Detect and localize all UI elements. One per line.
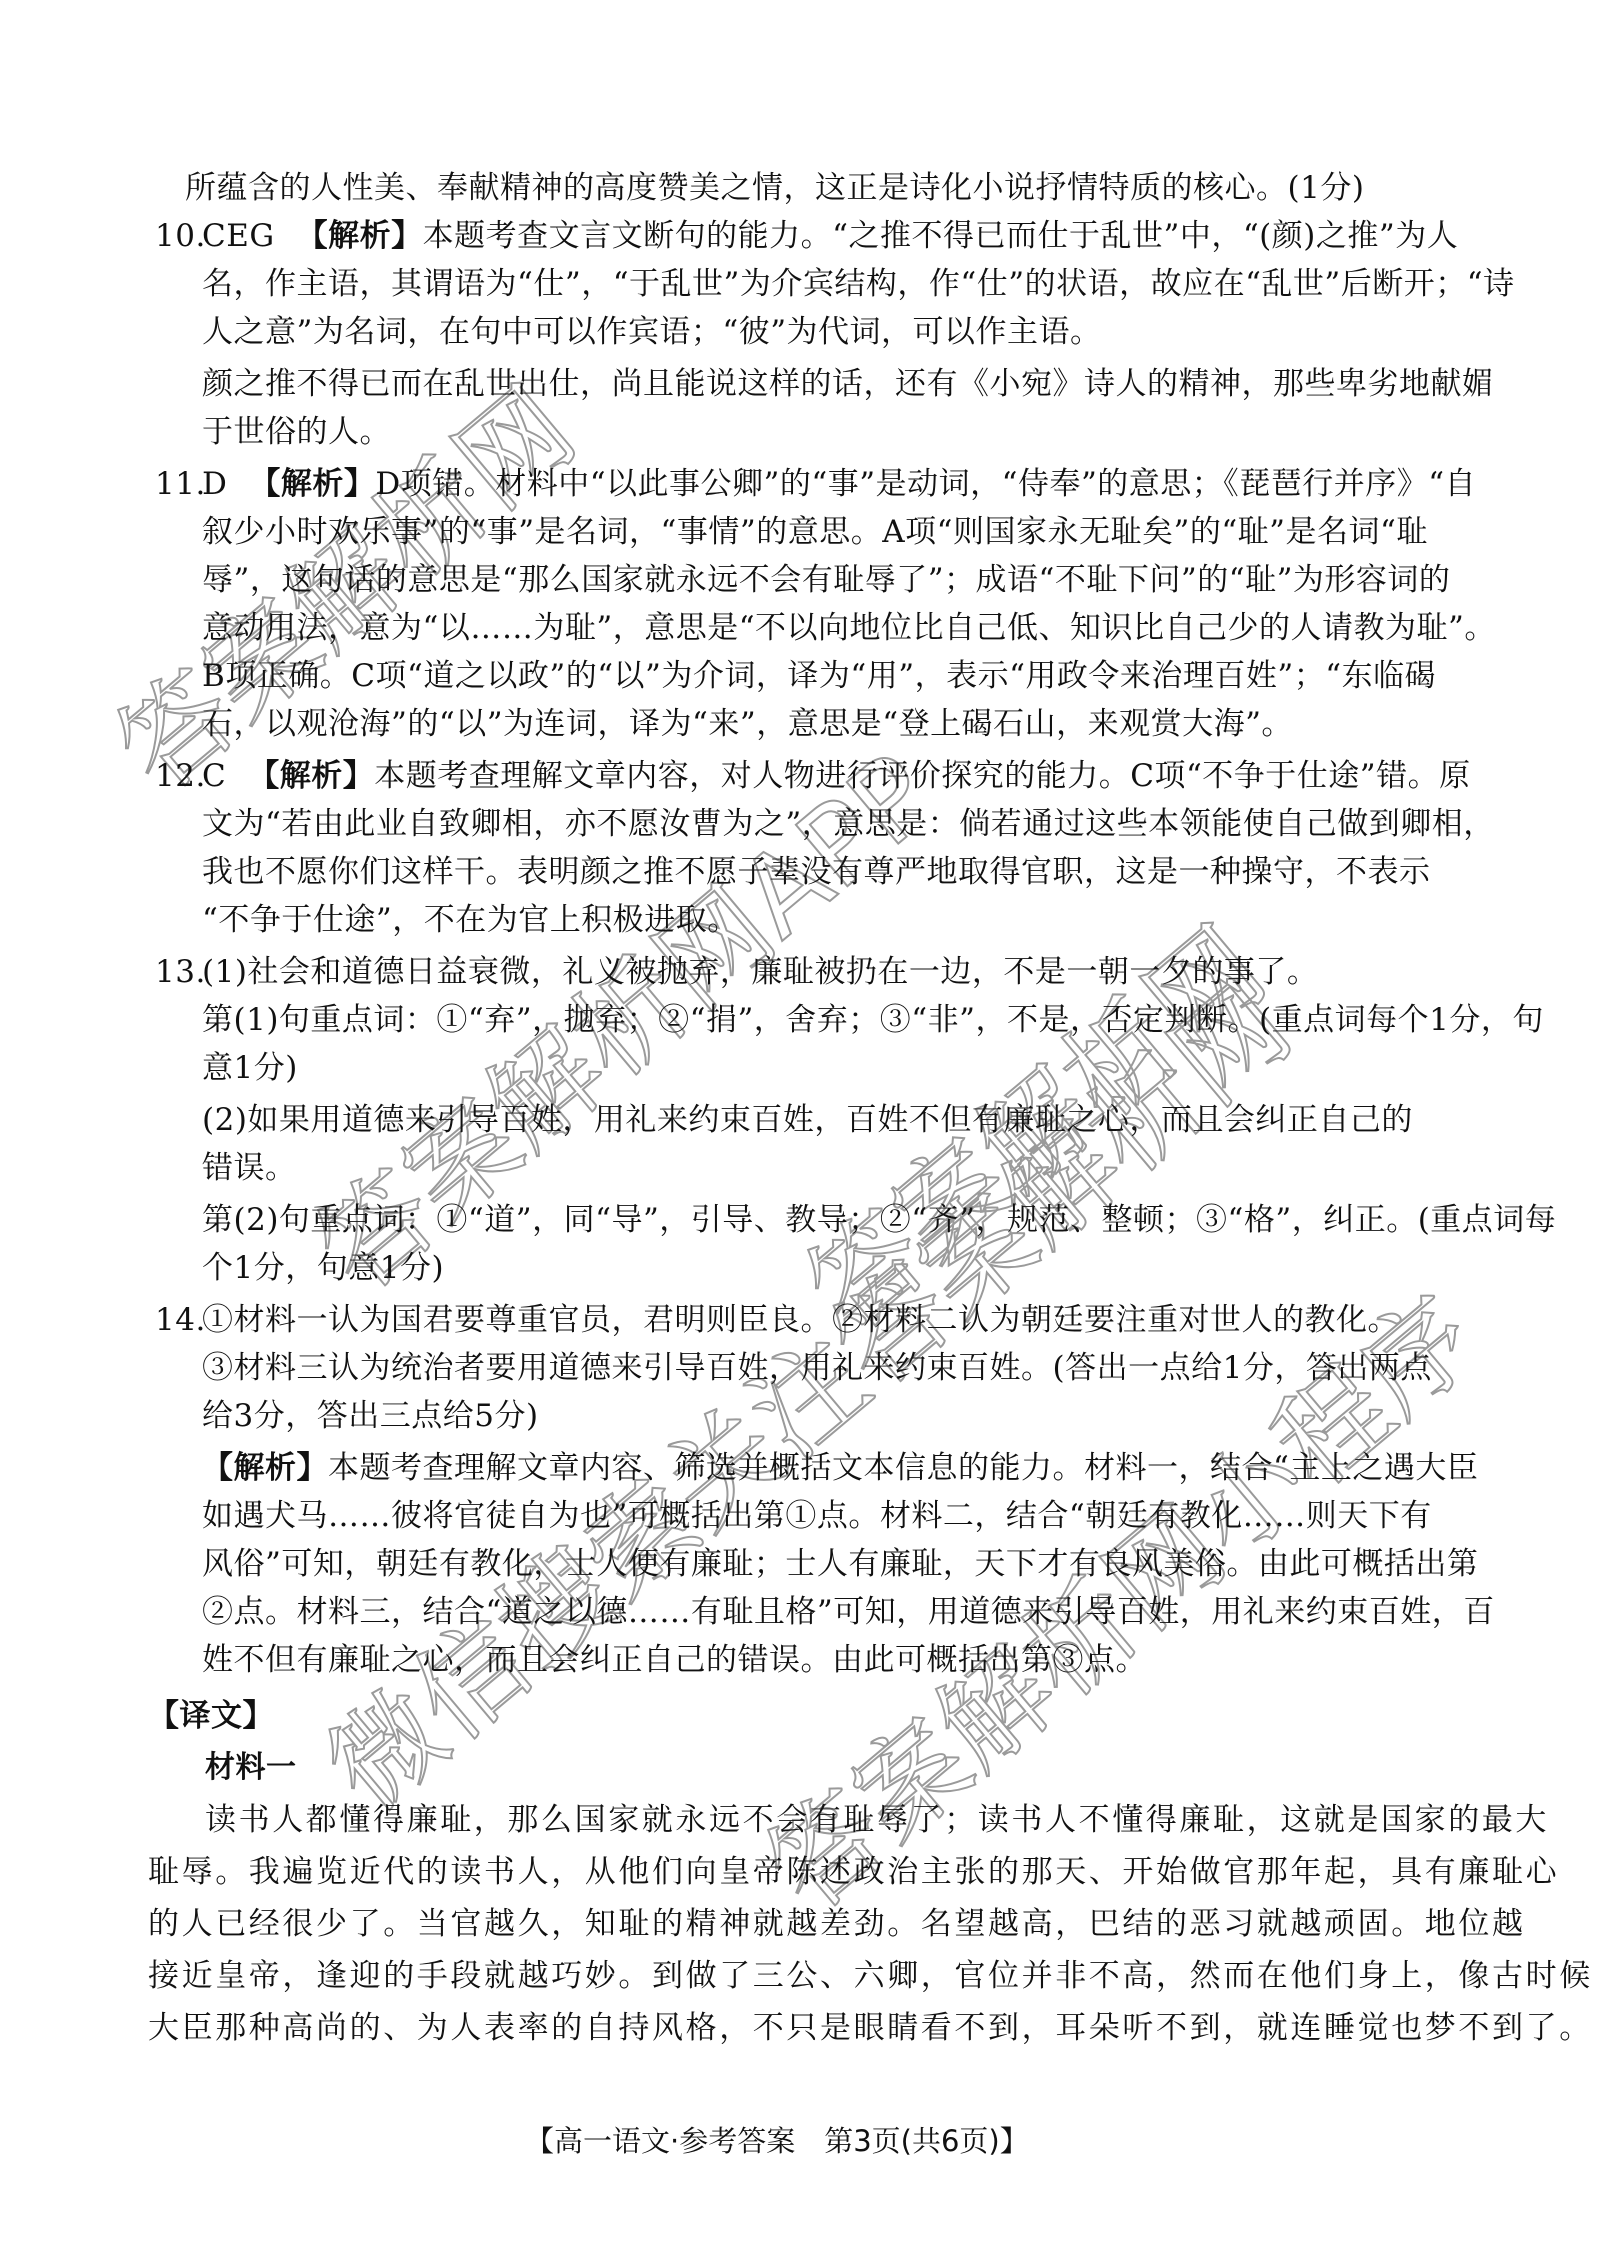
answer-line: C【解析】本题考查理解文章内容，对人物进行评价探究的能力。C项“不争于仕途”错。… — [202, 756, 1471, 796]
answer-choice: C — [202, 758, 226, 794]
line-text: D项错。材料中“以此事公卿”的“事”是动词，“侍奉”的意思；《琵琶行并序》“自 — [375, 466, 1476, 502]
analysis-tag: 【解析】 — [297, 218, 423, 254]
answer-line: 名，作主语，其谓语为“仕”，“于乱世”为介宾结构，作“仕”的状语，故应在“乱世”… — [202, 264, 1515, 304]
answer-choice: CEG — [202, 218, 275, 254]
answer-line: 错误。 — [202, 1148, 297, 1188]
translation-line: 耻辱。我遍览近代的读书人，从他们向皇帝陈述政治主张的那天、开始做官那年起，具有廉… — [148, 1852, 1559, 1892]
line-text: 石，以观沧海”的“以”为连词，译为“来”，意思是“登上碣石山，来观赏大海”。 — [202, 706, 1293, 742]
line-text: 个1分，句意1分) — [202, 1250, 444, 1286]
answer-line: (1)社会和道德日益衰微，礼义被抛弃，廉耻被扔在一边，不是一朝一夕的事了。 — [202, 952, 1318, 992]
document-page: 答案解析网答案解析网APP答案解析网微信搜索关注答案解析网答案解析网小程序 所蕴… — [0, 0, 1603, 2252]
line-text: 意动用法，意为“以……为耻”，意思是“不以向地位比自己低、知识比自己少的人请教为… — [202, 610, 1496, 646]
translation-subheading: 材料一 — [205, 1748, 297, 1788]
line-text: ①材料一认为国君要尊重官员，君明则臣良。②材料二认为朝廷要注重对世人的教化。 — [202, 1302, 1399, 1338]
line-text: (1)社会和道德日益衰微，礼义被抛弃，廉耻被扔在一边，不是一朝一夕的事了。 — [202, 954, 1318, 990]
line-text: 错误。 — [202, 1150, 297, 1186]
answer-line: B项正确。C项“道之以政”的“以”为介词，译为“用”，表示“用政令来治理百姓”；… — [202, 656, 1436, 696]
answer-line: 姓不但有廉耻之心，而且会纠正自己的错误。由此可概括出第③点。 — [202, 1640, 1147, 1680]
question-number: 10. — [155, 216, 206, 256]
analysis-tag: 【解析】 — [248, 758, 374, 794]
analysis-tag: 【解析】 — [202, 1450, 328, 1486]
analysis-tag: 【解析】 — [249, 466, 375, 502]
answer-line: 意动用法，意为“以……为耻”，意思是“不以向地位比自己低、知识比自己少的人请教为… — [202, 608, 1496, 648]
answer-line: (2)如果用道德来引导百姓，用礼来约束百姓，百姓不但有廉耻之心，而且会纠正自己的 — [202, 1100, 1413, 1140]
question-number: 13. — [155, 952, 206, 992]
line-text: 颜之推不得已而在乱世出仕，尚且能说这样的话，还有《小宛》诗人的精神，那些卑劣地献… — [202, 366, 1494, 402]
answer-line: 于世俗的人。 — [202, 412, 391, 452]
answer-line: 辱”，这句话的意思是“那么国家就永远不会有耻辱了”；成语“不耻下问”的“耻”为形… — [202, 560, 1450, 600]
answer-line: 人之意”为名词，在句中可以作宾语；“彼”为代词，可以作主语。 — [202, 312, 1102, 352]
answer-line: 给3分，答出三点给5分) — [202, 1396, 539, 1436]
line-text: 辱”，这句话的意思是“那么国家就永远不会有耻辱了”；成语“不耻下问”的“耻”为形… — [202, 562, 1450, 598]
question-number: 11. — [155, 464, 206, 504]
answer-line: 第(2)句重点词：①“道”，同“导”，引导、教导；②“齐”，规范、整顿；③“格”… — [202, 1200, 1556, 1240]
answer-line: 所蕴含的人性美、奉献精神的高度赞美之情，这正是诗化小说抒情特质的核心。(1分) — [185, 168, 1364, 208]
line-text: 第(2)句重点词：①“道”，同“导”，引导、教导；②“齐”，规范、整顿；③“格”… — [202, 1202, 1556, 1238]
line-text: 第(1)句重点词：①“弃”，抛弃；②“捐”，舍弃；③“非”，不是，否定判断。(重… — [202, 1002, 1544, 1038]
answer-line: ①材料一认为国君要尊重官员，君明则臣良。②材料二认为朝廷要注重对世人的教化。 — [202, 1300, 1399, 1340]
translation-heading: 【译文】 — [148, 1696, 274, 1736]
answer-line: 个1分，句意1分) — [202, 1248, 444, 1288]
translation-line: 接近皇帝，逢迎的手段就越巧妙。到做了三公、六卿，官位并非不高，然而在他们身上，像… — [148, 1956, 1593, 1996]
answer-line: 【解析】本题考查理解文章内容、筛选并概括文本信息的能力。材料一，结合“主上之遇大… — [202, 1448, 1478, 1488]
answer-line: 叙少小时欢乐事”的“事”是名词，“事情”的意思。A项“则国家永无耻矣”的“耻”是… — [202, 512, 1428, 552]
answer-line: 颜之推不得已而在乱世出仕，尚且能说这样的话，还有《小宛》诗人的精神，那些卑劣地献… — [202, 364, 1494, 404]
answer-line: 文为“若由此业自致卿相，亦不愿汝曹为之”，意思是：倘若通过这些本领能使自己做到卿… — [202, 804, 1495, 844]
answer-line: “不争于仕途”，不在为官上积极进取。 — [202, 900, 739, 940]
line-text: 风俗”可知，朝廷有教化，士人便有廉耻；士人有廉耻，天下才有良风美俗。由此可概括出… — [202, 1546, 1478, 1582]
page-footer: 【高一语文·参考答案 第3页(共6页)】 — [525, 2123, 1029, 2159]
line-text: B项正确。C项“道之以政”的“以”为介词，译为“用”，表示“用政令来治理百姓”；… — [202, 658, 1436, 694]
line-text: 所蕴含的人性美、奉献精神的高度赞美之情，这正是诗化小说抒情特质的核心。(1分) — [185, 170, 1364, 206]
line-text: 于世俗的人。 — [202, 414, 391, 450]
line-text: 名，作主语，其谓语为“仕”，“于乱世”为介宾结构，作“仕”的状语，故应在“乱世”… — [202, 266, 1515, 302]
answer-line: ③材料三认为统治者要用道德来引导百姓，用礼来约束百姓。(答出一点给1分，答出两点 — [202, 1348, 1432, 1388]
answer-line: ②点。材料三，结合“道之以德……有耻且格”可知，用道德来引导百姓，用礼来约束百姓… — [202, 1592, 1495, 1632]
answer-line: 意1分) — [202, 1048, 298, 1088]
answer-line: 如遇犬马……彼将官徒自为也”可概括出第①点。材料二，结合“朝廷有教化……则天下有 — [202, 1496, 1432, 1536]
answer-choice: D — [202, 466, 227, 502]
line-text: 我也不愿你们这样干。表明颜之推不愿子辈没有尊严地取得官职，这是一种操守，不表示 — [202, 854, 1431, 890]
answer-line: CEG【解析】本题考查文言文断句的能力。“之推不得已而仕于乱世”中，“(颜)之推… — [202, 216, 1458, 256]
translation-line: 的人已经很少了。当官越久，知耻的精神就越差劲。名望越高，巴结的恶习就越顽固。地位… — [148, 1904, 1526, 1944]
question-number: 14. — [155, 1300, 206, 1340]
answer-line: 风俗”可知，朝廷有教化，士人便有廉耻；士人有廉耻，天下才有良风美俗。由此可概括出… — [202, 1544, 1478, 1584]
answer-line: 石，以观沧海”的“以”为连词，译为“来”，意思是“登上碣石山，来观赏大海”。 — [202, 704, 1293, 744]
watermark-text: 微信搜索关注答案解析网 — [289, 941, 1317, 1840]
question-number: 12. — [155, 756, 206, 796]
line-text: ③材料三认为统治者要用道德来引导百姓，用礼来约束百姓。(答出一点给1分，答出两点 — [202, 1350, 1432, 1386]
line-text: 给3分，答出三点给5分) — [202, 1398, 539, 1434]
translation-line: 大臣那种高尚的、为人表率的自持风格，不只是眼睛看不到，耳朵听不到，就连睡觉也梦不… — [148, 2008, 1593, 2048]
answer-line: 我也不愿你们这样干。表明颜之推不愿子辈没有尊严地取得官职，这是一种操守，不表示 — [202, 852, 1431, 892]
line-text: (2)如果用道德来引导百姓，用礼来约束百姓，百姓不但有廉耻之心，而且会纠正自己的 — [202, 1102, 1413, 1138]
answer-line: 第(1)句重点词：①“弃”，抛弃；②“捐”，舍弃；③“非”，不是，否定判断。(重… — [202, 1000, 1544, 1040]
line-text: ②点。材料三，结合“道之以德……有耻且格”可知，用道德来引导百姓，用礼来约束百姓… — [202, 1594, 1495, 1630]
line-text: “不争于仕途”，不在为官上积极进取。 — [202, 902, 739, 938]
line-text: 本题考查文言文断句的能力。“之推不得已而仕于乱世”中，“(颜)之推”为人 — [423, 218, 1459, 254]
answer-line: D【解析】D项错。材料中“以此事公卿”的“事”是动词，“侍奉”的意思；《琵琶行并… — [202, 464, 1476, 504]
line-text: 意1分) — [202, 1050, 298, 1086]
line-text: 姓不但有廉耻之心，而且会纠正自己的错误。由此可概括出第③点。 — [202, 1642, 1147, 1678]
line-text: 叙少小时欢乐事”的“事”是名词，“事情”的意思。A项“则国家永无耻矣”的“耻”是… — [202, 514, 1428, 550]
translation-line: 读书人都懂得廉耻，那么国家就永远不会有耻辱了；读书人不懂得廉耻，这就是国家的最大 — [205, 1800, 1549, 1840]
line-text: 文为“若由此业自致卿相，亦不愿汝曹为之”，意思是：倘若通过这些本领能使自己做到卿… — [202, 806, 1495, 842]
line-text: 人之意”为名词，在句中可以作宾语；“彼”为代词，可以作主语。 — [202, 314, 1102, 350]
line-text: 如遇犬马……彼将官徒自为也”可概括出第①点。材料二，结合“朝廷有教化……则天下有 — [202, 1498, 1432, 1534]
line-text: 本题考查理解文章内容，对人物进行评价探究的能力。C项“不争于仕途”错。原 — [374, 758, 1470, 794]
line-text: 本题考查理解文章内容、筛选并概括文本信息的能力。材料一，结合“主上之遇大臣 — [328, 1450, 1478, 1486]
